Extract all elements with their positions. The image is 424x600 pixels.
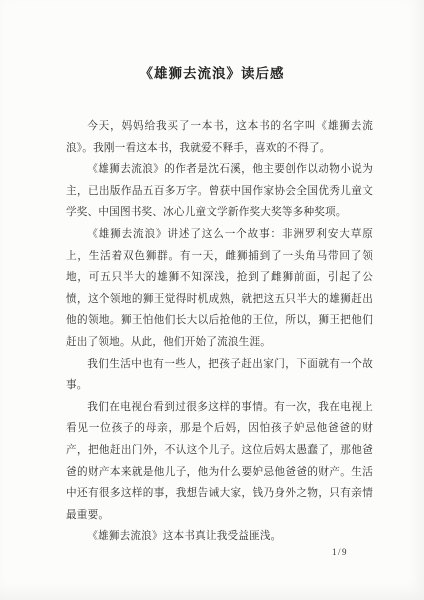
paragraph-author: 《雄狮去流浪》的作者是沈石溪，他主要创作以动物小说为主，已出版作品五百多万字。曾…: [66, 159, 373, 224]
paragraph-intro: 今天，妈妈给我买了一本书，这本书的名字叫《雄狮去流浪》。我刚一看这本书，我就爱不…: [66, 116, 373, 159]
page-title: 《雄狮去流浪》读后感: [0, 62, 424, 82]
paragraph-conclusion: 《雄狮去流浪》这本书真让我受益匪浅。: [66, 526, 373, 548]
document-body: 今天，妈妈给我买了一本书，这本书的名字叫《雄狮去流浪》。我刚一看这本书，我就爱不…: [66, 116, 373, 548]
paragraph-transition: 我们生活中也有一些人，把孩子赶出家门，下面就有一个故事。: [66, 354, 373, 397]
document-page: 《雄狮去流浪》读后感 今天，妈妈给我买了一本书，这本书的名字叫《雄狮去流浪》。我…: [0, 0, 424, 600]
paragraph-example: 我们在电视台看到过很多这样的事情。有一次，我在电视上看见一位孩子的母亲，那是个后…: [66, 397, 373, 527]
page-number: 1/9: [332, 547, 348, 557]
paragraph-story: 《雄狮去流浪》讲述了这么一个故事：非洲罗利安大草原上，生活着双色狮群。有一天，雌…: [66, 224, 373, 354]
